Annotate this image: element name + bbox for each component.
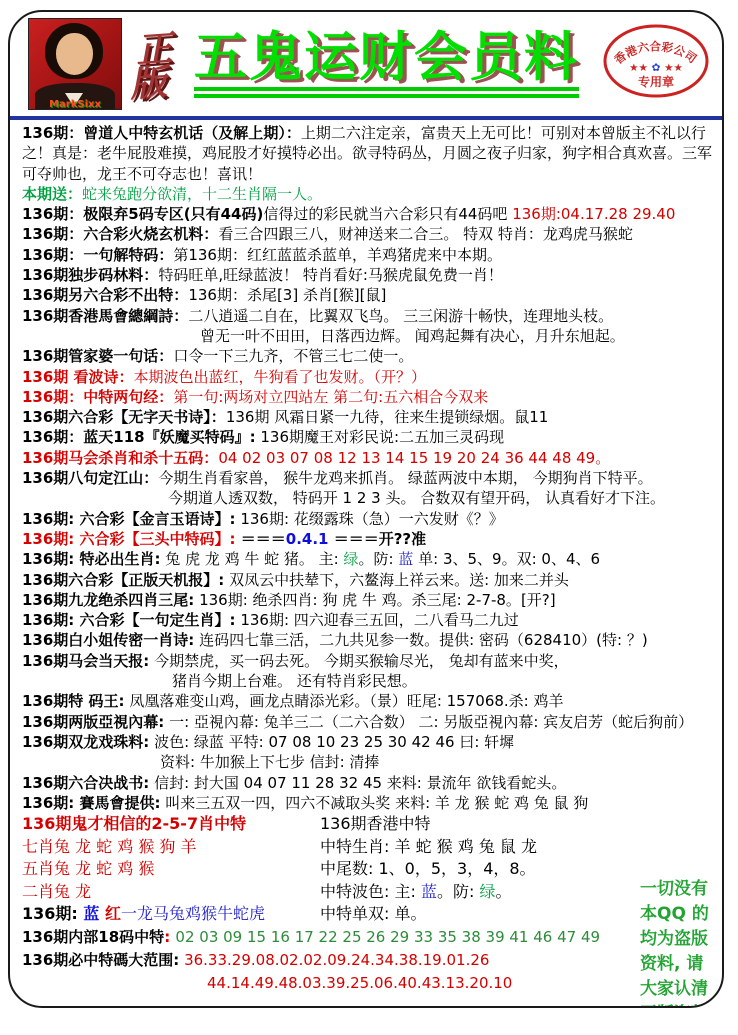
page-frame: MarkSixx 正版 五鬼运财会员料 香港六合彩公司 ★★ ✿ ★★ 专用章 <box>8 10 724 1008</box>
page-title: 五鬼运财会员料 <box>194 31 579 98</box>
anti-piracy-notice: 一切没有本QQ 的均为盗版资料, 请大家认清正版资料: <box>634 813 722 1008</box>
text-segment: 本期波色出蓝红，牛狗看了也发财。（开？） <box>134 368 427 386</box>
text-segment: 136期六合彩【无字天书诗】： <box>22 408 226 426</box>
text-segment: 136期马会杀肖和杀十五码： <box>22 449 218 467</box>
text-line: 136期马会杀肖和杀十五码：04 02 03 07 08 12 13 14 15… <box>22 448 718 468</box>
stamp-flower-icon: ✿ <box>652 62 661 74</box>
text-segment: ＝＝＝ <box>241 530 286 548</box>
text-segment: 第136期：红红蓝蓝杀蓝单，羊鸡猪虎来中本期。 <box>173 246 502 264</box>
text-segment: 36.33.29.08.02.02.09.24.34.38.19.01.26 <box>179 951 489 969</box>
text-line: 136期：中特两句经：第一句:两场对立四站左 第二句:五六相合今双来 <box>22 387 718 407</box>
photo-face-shape <box>56 33 93 75</box>
text-segment: 单: 3、5、9。双: 0、4、6 <box>413 550 600 568</box>
text-segment: 136期九龙绝杀四肖三尾: <box>22 591 194 609</box>
text-segment: 绿 <box>479 882 495 901</box>
text-segment: 一句解特码： <box>83 246 173 264</box>
text-line: 136期特 码王: 凤凰落难变山鸡，画龙点睛添光彩。（景）旺尾: 157068.… <box>22 691 718 711</box>
text-line: 136期：一句解特码：第136期：红红蓝蓝杀蓝单，羊鸡猪虎来中本期。 <box>22 245 718 265</box>
text-line: 二肖兔 龙 <box>22 881 320 904</box>
text-segment: 双凤云中扶辇下，六鳌海上祥云来。送: 加来二并头 <box>224 571 569 589</box>
text-segment: 中特单双: 单。 <box>320 904 426 923</box>
text-segment: 136期：六合彩火烧玄机料： <box>22 225 218 243</box>
text-segment: 二肖兔 龙 <box>22 882 91 901</box>
text-segment: 中特生肖: 羊 蛇 猴 鸡 兔 鼠 龙 <box>320 837 537 856</box>
text-line: 136期香港馬會總綱詩：二八逍遥二自在，比翼双飞鸟。 三三闲游十畅快，连理地头枝… <box>22 306 718 326</box>
text-line: 中特波色: 主: 蓝。防: 绿。 <box>320 881 634 904</box>
text-line: 136期两版亞視內幕: 一: 亞視內幕: 兔羊三二（二六合数） 二: 另版亞視內… <box>22 712 718 732</box>
svg-text:★★ ✿ ★★: ★★ ✿ ★★ <box>629 62 683 74</box>
hongkong-zhongte-block: 136期香港中特中特生肖: 羊 蛇 猴 鸡 兔 鼠 龙中尾数: 1、0，5，3，… <box>320 813 634 926</box>
text-line: 136期鬼才相信的2-5-7肖中特 <box>22 813 320 836</box>
text-segment: 136期香港中特 <box>320 814 431 833</box>
text-segment: 136期魔王对彩民说:二五加三灵码现 <box>256 428 504 446</box>
text-segment: 红 <box>105 904 121 923</box>
text-segment: 136期 风霜日紧一九待，往来生提锁绿烟。鼠11 <box>226 408 549 426</box>
text-segment: 七肖兔 龙 蛇 鸡 猴 狗 羊 <box>22 837 197 856</box>
text-line: 136期：极限弃5码专区(只有44码)信得过的彩民就当六合彩只有44码吧 136… <box>22 204 718 224</box>
text-line: 猪肖今期上台难。 还有特肖彩民想。 <box>22 671 718 691</box>
text-segment: 曾无一叶不田田，日落西边辉。 闻鸡起舞有决心，月升东旭起。 <box>200 327 625 345</box>
text-segment: 136期管家婆一句话： <box>22 347 173 365</box>
text-line: 136期香港中特 <box>320 813 634 836</box>
header: MarkSixx 正版 五鬼运财会员料 香港六合彩公司 ★★ ✿ ★★ 专用章 <box>10 12 722 120</box>
bottom-lines: 136期内部18码中特: 02 03 09 15 16 17 22 25 26 … <box>22 926 634 995</box>
text-segment: 136期: 六合彩【三头中特码】: <box>22 530 241 548</box>
lower-left-column: 136期鬼才相信的2-5-7肖中特七肖兔 龙 蛇 鸡 猴 狗 羊五肖兔 龙 蛇 … <box>22 813 320 926</box>
text-line: 今期道人透双数， 特码开 1 2 3 头。 合数双有望开码， 认真看好才下注。 <box>22 488 718 508</box>
title-box: 五鬼运财会员料 <box>194 31 579 98</box>
text-segment: 02 03 09 15 16 17 22 25 26 29 33 35 38 3… <box>175 928 600 946</box>
text-segment: 136期：中特两句经： <box>22 388 173 406</box>
text-segment: 今期禁虎，买一码去死。 今期买猴输尽光， 兔却有蓝来中奖， <box>149 652 568 670</box>
text-segment: 136期六合彩【正版天机报】: <box>22 571 224 589</box>
text-segment: 蛇来兔跑分欲清，十二生肖隔一人。 <box>82 185 322 203</box>
text-segment: 136期: 花缀露珠（急）一六发财《？》 <box>236 510 504 528</box>
text-line: 136期白小姐传密一肖诗: 连码四七靠三活，二九共见参一数。提供: 密码（628… <box>22 630 718 650</box>
text-segment: 一龙马兔鸡猴牛蛇虎 <box>121 904 265 923</box>
text-segment: 。防: <box>437 882 479 901</box>
text-segment: 136期: 賽馬會提供: <box>22 794 161 812</box>
text-line: 136期六合决战书: 信封: 封大国 04 07 11 28 32 45 来料:… <box>22 773 718 793</box>
text-segment: 136期特 码王: <box>22 692 125 710</box>
text-segment: 兔 虎 龙 鸡 牛 蛇 猪。 主: <box>161 550 344 568</box>
text-segment: 信得过的彩民就当六合彩只有44码吧 <box>263 205 512 223</box>
text-segment: 136期双龙戏珠料: <box>22 733 149 751</box>
text-segment: 136期另六合彩不出特： <box>22 286 188 304</box>
text-segment: 136期：极限弃5码专区(只有44码) <box>22 205 263 223</box>
text-segment: 蓝 <box>421 882 437 901</box>
text-segment: 136期鬼才相信的2-5-7肖中特 <box>22 814 246 833</box>
text-segment: 136期两版亞視內幕: <box>22 713 164 731</box>
text-segment: 。 <box>495 882 511 901</box>
text-line: 136期: 六合彩【三头中特码】: ＝＝＝0.4.1 ＝＝＝开??准 <box>22 529 718 549</box>
text-line: 136期马会当天报: 今期禁虎，买一码去死。 今期买猴输尽光， 兔却有蓝来中奖， <box>22 651 718 671</box>
text-line: 136期内部18码中特: 02 03 09 15 16 17 22 25 26 … <box>22 926 634 949</box>
text-segment: 136期六合决战书: <box>22 774 149 792</box>
stamp-bottom-text: 专用章 <box>638 74 674 89</box>
stamp-stars-right: ★★ <box>664 62 683 74</box>
edition-badge: 正版 <box>130 31 187 102</box>
text-line: 曾无一叶不田田，日落西边辉。 闻鸡起舞有决心，月升东旭起。 <box>22 326 718 346</box>
text-line: 资料: 牛加猴上下七步 信封: 清捧 <box>22 752 718 772</box>
text-segment: 蓝 <box>83 904 105 923</box>
text-segment: 特码旺单,旺绿蓝波！ 特肖看好:马猴虎鼠免费一肖！ <box>158 266 503 284</box>
text-segment: 今期道人透双数， 特码开 1 2 3 头。 合数双有望开码， 认真看好才下注。 <box>168 489 665 507</box>
text-line: 136期六合彩【无字天书诗】：136期 风霜日紧一九待，往来生提锁绿烟。鼠11 <box>22 407 718 427</box>
text-segment: 44.14.49.48.03.39.25.06.40.43.13.20.10 <box>207 974 512 992</box>
text-line: 136期双龙戏珠料: 波色: 绿蓝 平特: 07 08 10 23 25 30 … <box>22 732 718 752</box>
text-line: 136期 看波诗：本期波色出蓝红，牛狗看了也发财。（开？） <box>22 367 718 387</box>
text-segment: 136期：杀尾[3] 杀肖[猴][鼠] <box>188 286 386 304</box>
text-line: 136期八句定江山：今期生肖看家兽， 猴牛龙鸡来抓肖。 绿蓝两波中本期， 今期狗… <box>22 468 718 488</box>
text-line: 44.14.49.48.03.39.25.06.40.43.13.20.10 <box>22 972 634 995</box>
text-segment: 连码四七靠三活，二九共见参一数。提供: 密码（628410）(特: ？) <box>194 631 647 649</box>
text-line: 136期: 特必出生肖: 兔 虎 龙 鸡 牛 蛇 猪。 主: 绿。防: 蓝 单:… <box>22 549 718 569</box>
text-segment: 信封: 封大国 04 07 11 28 32 45 来料: 景流年 欲钱看蛇头。 <box>149 774 566 792</box>
text-segment: 136期:04.17.28 29.40 <box>512 205 675 223</box>
body-lines: 136期：曾道人中特玄机话（及解上期）：上期二六注定亲，富贵天上无可比！可别对本… <box>10 120 722 813</box>
text-segment: 资料: 牛加猴上下七步 信封: 清捧 <box>160 753 379 771</box>
text-segment: 136期: 四六迎春三五回，二八看马二九过 <box>236 611 519 629</box>
text-segment: ＝＝＝开??准 <box>329 530 427 548</box>
text-line: 136期另六合彩不出特：136期：杀尾[3] 杀肖[猴][鼠] <box>22 285 718 305</box>
text-segment: 本期送： <box>22 185 82 203</box>
text-line: 136期：六合彩火烧玄机料：看三合四跟三八，财神送来二合三。 特双 特肖：龙鸡虎… <box>22 224 718 244</box>
lower-main: 136期鬼才相信的2-5-7肖中特七肖兔 龙 蛇 鸡 猴 狗 羊五肖兔 龙 蛇 … <box>22 813 634 1008</box>
company-stamp: 香港六合彩公司 ★★ ✿ ★★ 专用章 <box>600 19 712 109</box>
text-segment: 136期内部18码中特 <box>22 928 164 946</box>
text-segment: 一: 亞視內幕: 兔羊三二（二六合数） 二: 另版亞視內幕: 宾友启芳（蛇后狗前… <box>164 713 693 731</box>
text-segment: 凤凰落难变山鸡，画龙点睛添光彩。（景）旺尾: 157068.杀: 鸡羊 <box>125 692 564 710</box>
text-segment: 绿 <box>344 550 359 568</box>
text-segment: 。防: <box>359 550 399 568</box>
text-line: 136期必中特碼大范围: 36.33.29.08.02.02.09.24.34.… <box>22 949 634 972</box>
text-segment: 五肖兔 龙 蛇 鸡 猴 <box>22 859 154 878</box>
text-segment: 叫来三五双一四，四六不减取头奖 来料: 羊 龙 猴 蛇 鸡 兔 鼠 狗 <box>161 794 589 812</box>
text-segment: 136期白小姐传密一肖诗: <box>22 631 194 649</box>
text-line: 136期六合彩【正版天机报】: 双凤云中扶辇下，六鳌海上祥云来。送: 加来二并头 <box>22 570 718 590</box>
text-line: 五肖兔 龙 蛇 鸡 猴 <box>22 858 320 881</box>
text-segment: 136期: 六合彩【金言玉语诗】: <box>22 510 236 528</box>
text-segment: 136期: 六合彩【一句定生肖】: <box>22 611 236 629</box>
text-line: 136期独步码林料：特码旺单,旺绿蓝波！ 特肖看好:马猴虎鼠免费一肖！ <box>22 265 718 285</box>
text-line: 136期: 六合彩【一句定生肖】: 136期: 四六迎春三五回，二八看马二九过 <box>22 610 718 630</box>
text-segment: 136期 看波诗： <box>22 368 134 386</box>
text-segment: 136期香港馬會總綱詩： <box>22 307 188 325</box>
text-segment: 04 02 03 07 08 12 13 14 15 19 20 24 36 4… <box>218 449 610 467</box>
text-line: 136期九龙绝杀四肖三尾: 136期: 绝杀四肖: 狗 虎 牛 鸡。杀三尾: 2… <box>22 590 718 610</box>
text-segment: 蓝 <box>398 550 413 568</box>
text-line: 本期送：蛇来兔跑分欲清，十二生肖隔一人。 <box>22 184 718 204</box>
lower-region: 136期鬼才相信的2-5-7肖中特七肖兔 龙 蛇 鸡 猴 狗 羊五肖兔 龙 蛇 … <box>10 813 722 1008</box>
text-segment: 中特波色: 主: <box>320 882 421 901</box>
text-segment: 136期马会当天报: <box>22 652 149 670</box>
text-line: 中特生肖: 羊 蛇 猴 鸡 兔 鼠 龙 <box>320 836 634 859</box>
text-line: 136期：蓝天118『妖魔买特码』: 136期魔王对彩民说:二五加三灵码现 <box>22 427 718 447</box>
text-segment: 136期: 特必出生肖: <box>22 550 161 568</box>
text-line: 中特单双: 单。 <box>320 903 634 926</box>
text-line: 136期: 賽馬會提供: 叫来三五双一四，四六不减取头奖 来料: 羊 龙 猴 蛇… <box>22 793 718 813</box>
text-segment: 今期生肖看家兽， 猴牛龙鸡来抓肖。 绿蓝两波中本期， 今期狗肖下特平。 <box>158 469 652 487</box>
stamp-stars-left: ★★ <box>629 62 648 74</box>
text-segment: 波色: 绿蓝 平特: 07 08 10 23 25 30 42 46 曰: 轩墀 <box>149 733 514 751</box>
text-segment: 看三合四跟三八，财神送来二合三。 特双 特肖：龙鸡虎马猴蛇 <box>218 225 633 243</box>
text-segment: 136期: 绝杀四肖: 狗 虎 牛 鸡。杀三尾: 2-7-8。[开?] <box>194 591 555 609</box>
text-line: 136期: 六合彩【金言玉语诗】: 136期: 花缀露珠（急）一六发财《？》 <box>22 509 718 529</box>
photo-caption: MarkSixx <box>29 99 121 110</box>
member-photo: MarkSixx <box>28 18 122 110</box>
text-segment: 第一句:两场对立四站左 第二句:五六相合今双来 <box>173 388 488 406</box>
text-segment: 136期必中特碼大范围: <box>22 951 179 969</box>
text-segment: 136期：蓝天118『妖魔买特码』: <box>22 428 256 446</box>
text-segment: : <box>164 928 175 946</box>
text-segment: 口令一下三九齐，不管三七二使一。 <box>173 347 413 365</box>
text-segment: 136期: <box>22 904 83 923</box>
text-segment: 猪肖今期上台难。 还有特肖彩民想。 <box>172 672 417 690</box>
text-segment: 136期八句定江山： <box>22 469 158 487</box>
text-line: 136期: 蓝 红一龙马兔鸡猴牛蛇虎 <box>22 903 320 926</box>
text-segment: 136期独步码林料： <box>22 266 158 284</box>
text-line: 136期管家婆一句话：口令一下三九齐，不管三七二使一。 <box>22 346 718 366</box>
text-segment: 136期： <box>22 246 83 264</box>
stamp-seal: 香港六合彩公司 ★★ ✿ ★★ 专用章 <box>600 19 712 105</box>
text-segment: 0.4.1 <box>286 530 329 548</box>
text-segment: 136期：曾道人中特玄机话（及解上期）： <box>22 124 301 142</box>
text-segment: 中尾数: 1、0，5，3，4，8。 <box>320 859 536 878</box>
text-line: 中尾数: 1、0，5，3，4，8。 <box>320 858 634 881</box>
text-line: 136期：曾道人中特玄机话（及解上期）：上期二六注定亲，富贵天上无可比！可别对本… <box>22 123 718 184</box>
two-column-section: 136期鬼才相信的2-5-7肖中特七肖兔 龙 蛇 鸡 猴 狗 羊五肖兔 龙 蛇 … <box>22 813 634 926</box>
text-segment: 二八逍遥二自在，比翼双飞鸟。 三三闲游十畅快，连理地头枝。 <box>188 307 613 325</box>
text-line: 七肖兔 龙 蛇 鸡 猴 狗 羊 <box>22 836 320 859</box>
